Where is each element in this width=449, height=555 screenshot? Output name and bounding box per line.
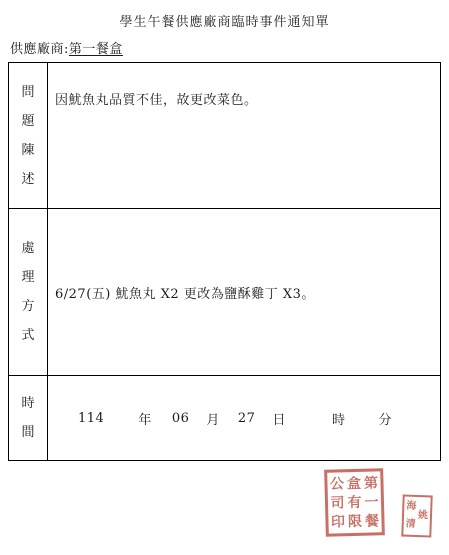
supplier-line: 供應廠商:第一餐盒 (10, 38, 123, 57)
seal-column: 海 清 (405, 498, 416, 534)
label-char: 述 (21, 173, 34, 186)
label-char: 方 (21, 300, 34, 313)
incident-form-table: 問 題 陳 述 因魷魚丸品質不佳，故更改菜色。 處 理 方 式 6/27(五) … (8, 62, 441, 461)
personal-name-stamp-seal: 姚 海 清 (401, 494, 432, 537)
month-value: 06 (172, 411, 190, 426)
label-char: 問 (21, 86, 34, 99)
seal-column: 第 一 餐 (364, 473, 379, 530)
label-char: 理 (21, 271, 34, 284)
hour-unit: 時 (332, 409, 346, 428)
page-title: 學生午餐供應廠商臨時事件通知單 (0, 11, 449, 30)
label-char: 題 (21, 115, 34, 128)
company-stamp-seal: 第 一 餐 盒 有 限 公 司 印 (324, 468, 385, 537)
day-unit: 日 (272, 409, 286, 428)
row-label-handling-method: 處 理 方 式 (9, 209, 48, 376)
incident-notice-document: 學生午餐供應廠商臨時事件通知單 供應廠商:第一餐盒 問 題 陳 述 因魷魚丸品質… (0, 0, 449, 555)
row-label-time: 時 間 (9, 376, 48, 460)
label-char: 處 (21, 242, 34, 255)
day-value: 27 (238, 411, 256, 426)
year-unit: 年 (138, 409, 152, 428)
label-char: 間 (21, 426, 34, 439)
year-value: 114 (78, 411, 104, 426)
minute-unit: 分 (378, 409, 392, 428)
seal-column: 公 司 印 (330, 474, 345, 531)
supplier-label: 供應廠商: (10, 42, 69, 57)
handling-method-text: 6/27(五) 魷魚丸 X2 更改為鹽酥雞丁 X3。 (48, 209, 440, 376)
label-char: 陳 (21, 144, 34, 157)
label-char: 式 (21, 329, 34, 342)
seal-column: 盒 有 限 (347, 474, 362, 531)
seal-column: 姚 (417, 498, 428, 534)
supplier-name: 第一餐盒 (69, 42, 123, 57)
problem-statement-text: 因魷魚丸品質不佳，故更改菜色。 (48, 63, 440, 209)
label-char: 時 (21, 397, 34, 410)
row-label-problem-statement: 問 題 陳 述 (9, 63, 48, 209)
month-unit: 月 (206, 409, 220, 428)
time-fields: 114 年 06 月 27 日 時 分 (48, 376, 440, 460)
